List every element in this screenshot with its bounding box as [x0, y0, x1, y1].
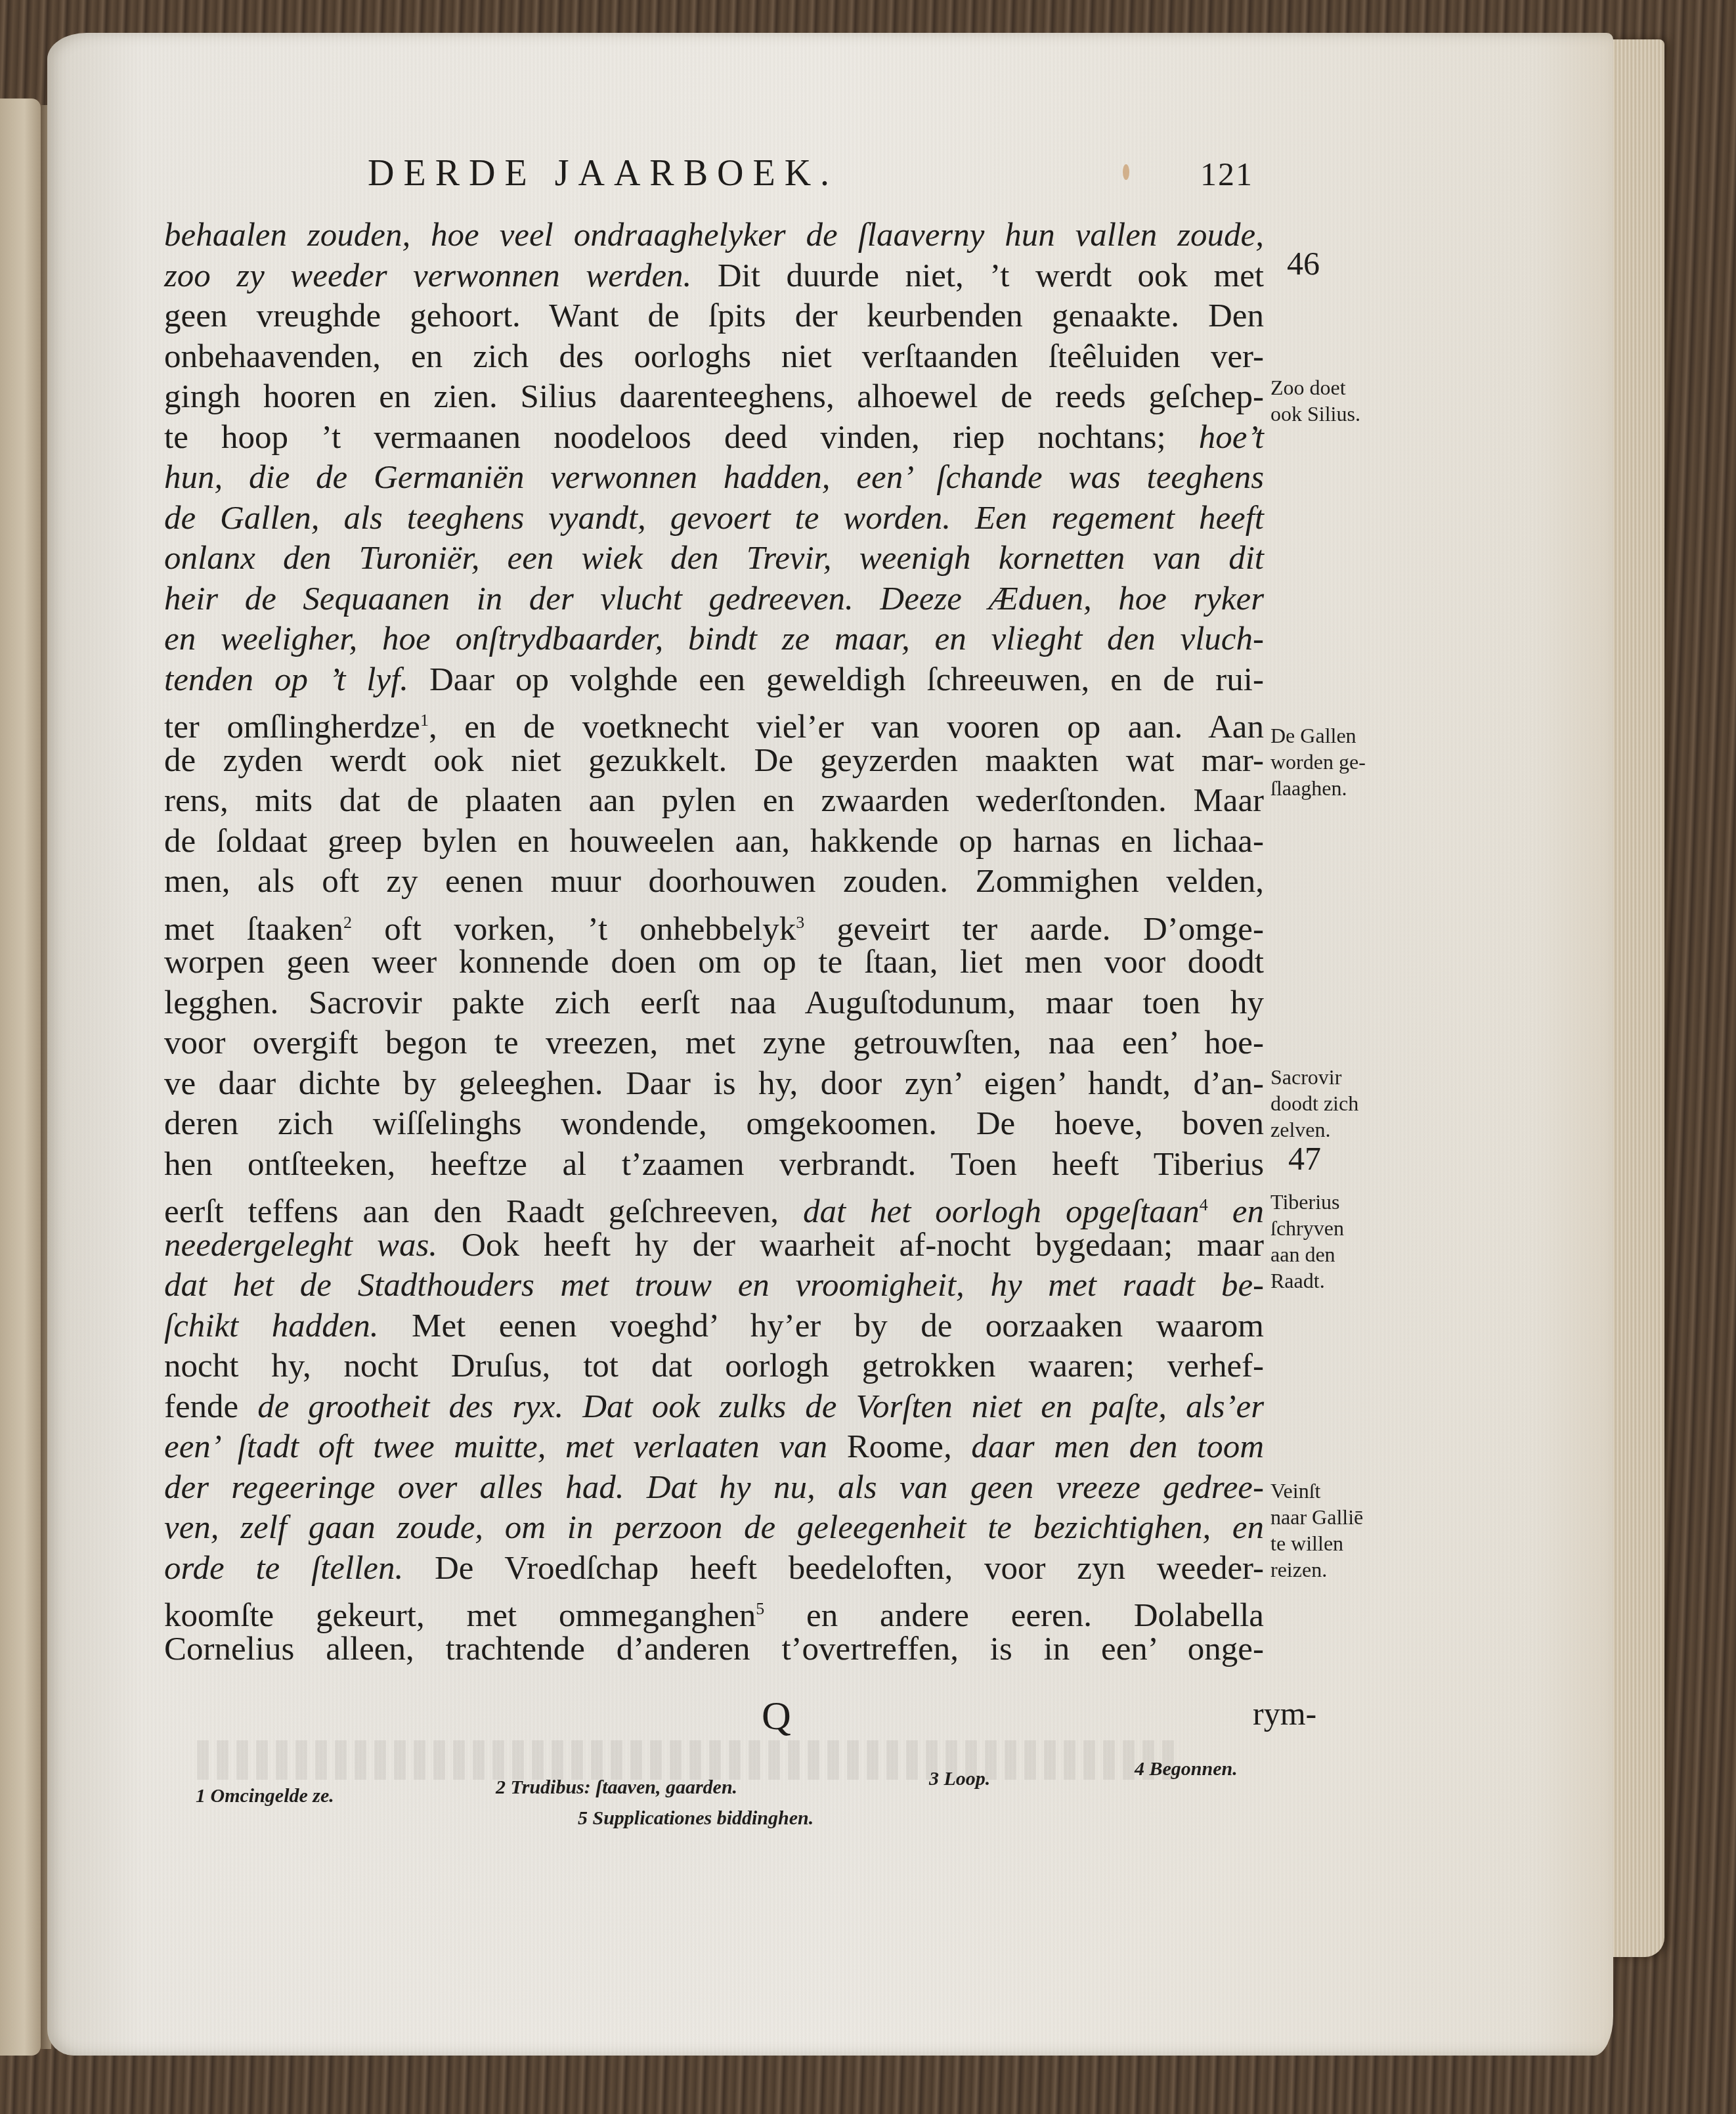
text-segment: en weeligher, hoe onſtrydbaarder, bindt …: [164, 621, 1264, 657]
text-line: worpen geen weer konnende doen om op te …: [164, 942, 1264, 983]
text-line: een’ ſtadt oft twee muitte, met verlaate…: [164, 1427, 1264, 1468]
text-segment: de ſoldaat greep bylen en houweelen aan,…: [164, 823, 1264, 860]
footnote-5: 5 Supplicationes biddinghen.: [578, 1807, 814, 1830]
text-line: tenden op ’t lyf. Daar op volghde een ge…: [164, 660, 1264, 701]
text-segment: ve daar dichte by geleeghen. Daar is hy,…: [164, 1065, 1264, 1102]
text-line: men, als oft zy eenen muur doorhouwen zo…: [164, 862, 1264, 902]
text-line: fende de grootheit des ryx. Dat ook zulk…: [164, 1387, 1264, 1428]
footnote-marker: 1: [420, 711, 429, 730]
text-line: hen ontſteeken, heeftze al t’zaamen verb…: [164, 1145, 1264, 1185]
text-segment: gingh hooren en zien. Silius daarenteegh…: [164, 378, 1264, 415]
margin-note-tiberius: Tiberius ſchryven aan den Raadt.: [1270, 1189, 1344, 1294]
text-segment: Daar op volghde een geweldigh ſchreeuwen…: [408, 661, 1264, 698]
text-segment: zoo zy weeder verwonnen werden.: [164, 257, 691, 294]
text-segment: , daar men den toom: [944, 1428, 1264, 1465]
footnote-marker: 4: [1200, 1195, 1208, 1214]
text-segment: hun, die de Germaniën verwonnen hadden, …: [164, 459, 1264, 496]
text-segment: dat het de Stadthouders met trouw en vro…: [164, 1267, 1264, 1304]
text-line: ven, zelf gaan zoude, om in perzoon de g…: [164, 1508, 1264, 1549]
text-line: eerſt teffens aan den Raadt geſchreeven,…: [164, 1185, 1264, 1225]
text-segment: hoe’t: [1199, 419, 1264, 456]
text-segment: hoe veel ondraaghelyker de ſlaaverny hun…: [431, 217, 1264, 253]
text-line: Cornelius alleen, trachtende d’anderen t…: [164, 1629, 1264, 1670]
footnote-1: 1 Omcingelde ze.: [196, 1785, 334, 1807]
footnote-marker: 3: [796, 913, 804, 932]
text-segment: Cornelius alleen, trachtende d’anderen t…: [164, 1631, 1264, 1667]
text-segment: de zyden werdt ook niet gezukkelt. De ge…: [164, 742, 1264, 779]
text-segment: de grootheit des ryx. Dat ook zulks de V…: [257, 1388, 1264, 1425]
text-line: nocht hy, nocht Druſus, tot dat oorlogh …: [164, 1346, 1264, 1387]
text-segment: men, als oft zy eenen muur doorhouwen zo…: [164, 863, 1264, 900]
text-segment: voor overgift begon te vreezen, met zyne…: [164, 1024, 1264, 1061]
text-line: onlanx den Turoniër, een wiek den Trevir…: [164, 539, 1264, 579]
text-segment: heir de Sequaanen in der vlucht gedreeve…: [164, 581, 1264, 617]
text-line: zoo zy weeder verwonnen werden. Dit duur…: [164, 256, 1264, 297]
text-segment: behaalen zouden,: [164, 217, 431, 253]
text-segment: koomſte gekeurt, met ommeganghen: [164, 1597, 756, 1634]
text-line: onbehaavenden, en zich des oorloghs niet…: [164, 337, 1264, 378]
text-line: ſchikt hadden. Met eenen voeghd’ hy’er b…: [164, 1306, 1264, 1347]
text-segment: Roome: [847, 1428, 944, 1465]
text-segment: De Vroedſchap heeft beedeloften, voor zy…: [403, 1550, 1264, 1587]
text-line: dat het de Stadthouders met trouw en vro…: [164, 1266, 1264, 1306]
footnote-marker: 5: [756, 1599, 764, 1618]
text-line: ve daar dichte by geleeghen. Daar is hy,…: [164, 1064, 1264, 1105]
text-segment: te hoop ’t vermaanen noodeloos deed vind…: [164, 419, 1199, 456]
catchword: rym-: [1253, 1694, 1316, 1732]
text-segment: onbehaavenden, en zich des oorloghs niet…: [164, 338, 1264, 375]
text-segment: der regeeringe over alles had. Dat hy nu…: [164, 1469, 1264, 1506]
text-line: en weeligher, hoe onſtrydbaarder, bindt …: [164, 619, 1264, 660]
text-segment: , en de voetknecht viel’er van vooren op…: [429, 709, 1264, 745]
text-segment: worpen geen weer konnende doen om op te …: [164, 944, 1264, 980]
footnote-2: 2 Trudibus: ſtaaven, gaarden.: [496, 1776, 737, 1799]
text-segment: Dit duurde niet, ’t werdt ook met: [691, 257, 1264, 294]
text-segment: dat het oorlogh opgeſtaan: [803, 1193, 1200, 1230]
text-segment: en andere eeren. Dolabella: [764, 1597, 1264, 1634]
text-line: hun, die de Germaniën verwonnen hadden, …: [164, 458, 1264, 498]
text-line: der regeeringe over alles had. Dat hy nu…: [164, 1468, 1264, 1508]
text-segment: deren zich wiſſelinghs wondende, omgekoo…: [164, 1105, 1264, 1142]
margin-note-gallen: De Gallen worden ge- ſlaaghen.: [1270, 722, 1366, 801]
text-line: voor overgift begon te vreezen, met zyne…: [164, 1023, 1264, 1064]
footnote-4: 4 Begonnen.: [1135, 1758, 1238, 1780]
margin-note-sacrovir: Sacrovir doodt zich zelven.: [1270, 1064, 1358, 1143]
footnote-marker: 2: [343, 913, 352, 932]
text-line: met ſtaaken2 oft vorken, ’t onhebbelyk3 …: [164, 902, 1264, 943]
text-line: needergeleght was. Ook heeft hy der waar…: [164, 1225, 1264, 1266]
text-segment: rens, mits dat de plaaten aan pylen en z…: [164, 782, 1264, 819]
running-title: DERDE JAARBOEK.: [368, 152, 838, 194]
text-segment: de Gallen, als teeghens vyandt, gevoert …: [164, 500, 1264, 537]
text-segment: hen ontſteeken, heeftze al t’zaamen verb…: [164, 1146, 1264, 1183]
text-segment: geen vreughde gehoort. Want de ſpits der…: [164, 297, 1264, 334]
text-segment: ter omſlingherdze: [164, 709, 420, 745]
text-line: deren zich wiſſelinghs wondende, omgekoo…: [164, 1104, 1264, 1145]
section-number-47: 47: [1288, 1139, 1321, 1178]
text-segment: een’ ſtadt oft twee muitte, met verlaate…: [164, 1428, 847, 1465]
text-segment: needergeleght was.: [164, 1227, 437, 1264]
text-segment: Met eenen voeghd’ hy’er by de oorzaaken …: [379, 1308, 1264, 1344]
section-number-46: 46: [1287, 244, 1320, 282]
margin-note-gallie: Veinſt naar Galliē te willen reizen.: [1270, 1478, 1363, 1583]
text-segment: fende: [164, 1388, 257, 1425]
text-line: legghen. Sacrovir pakte zich eerſt naa A…: [164, 983, 1264, 1024]
margin-note-silius: Zoo doet ook Silius.: [1270, 374, 1360, 427]
text-line: geen vreughde gehoort. Want de ſpits der…: [164, 296, 1264, 337]
text-segment: Ook heeft hy der waarheit af-nocht byged…: [437, 1227, 1264, 1264]
text-line: behaalen zouden, hoe veel ondraaghelyker…: [164, 215, 1264, 256]
text-line: rens, mits dat de plaaten aan pylen en z…: [164, 781, 1264, 822]
text-segment: ven, zelf gaan zoude, om in perzoon de g…: [164, 1509, 1264, 1546]
text-segment: nocht hy, nocht Druſus, tot dat oorlogh …: [164, 1348, 1264, 1384]
text-segment: orde te ſtellen.: [164, 1550, 403, 1587]
show-through-text: [197, 1740, 1182, 1780]
signature-mark: Q: [762, 1693, 791, 1740]
text-line: orde te ſtellen. De Vroedſchap heeft bee…: [164, 1549, 1264, 1589]
text-line: te hoop ’t vermaanen noodeloos deed vind…: [164, 418, 1264, 458]
text-segment: tenden op ’t lyf.: [164, 661, 408, 698]
text-segment: en: [1208, 1193, 1264, 1230]
foxing-stain: [1123, 164, 1129, 180]
text-segment: eerſt teffens aan den Raadt geſchreeven,: [164, 1193, 803, 1230]
page-number: 121: [1200, 155, 1253, 193]
text-segment: onlanx den Turoniër, een wiek den Trevir…: [164, 540, 1264, 577]
body-text: behaalen zouden, hoe veel ondraaghelyker…: [164, 215, 1264, 1669]
footnote-3: 3 Loop.: [929, 1768, 990, 1790]
facing-page-edge: [0, 99, 41, 2056]
text-line: de zyden werdt ook niet gezukkelt. De ge…: [164, 741, 1264, 782]
text-line: de ſoldaat greep bylen en houweelen aan,…: [164, 822, 1264, 862]
text-line: de Gallen, als teeghens vyandt, gevoert …: [164, 498, 1264, 539]
text-segment: legghen. Sacrovir pakte zich eerſt naa A…: [164, 984, 1264, 1021]
text-line: heir de Sequaanen in der vlucht gedreeve…: [164, 579, 1264, 620]
text-line: koomſte gekeurt, met ommeganghen5 en and…: [164, 1589, 1264, 1629]
text-line: gingh hooren en zien. Silius daarenteegh…: [164, 377, 1264, 418]
text-line: ter omſlingherdze1, en de voetknecht vie…: [164, 700, 1264, 741]
text-segment: ſchikt hadden.: [164, 1308, 379, 1344]
